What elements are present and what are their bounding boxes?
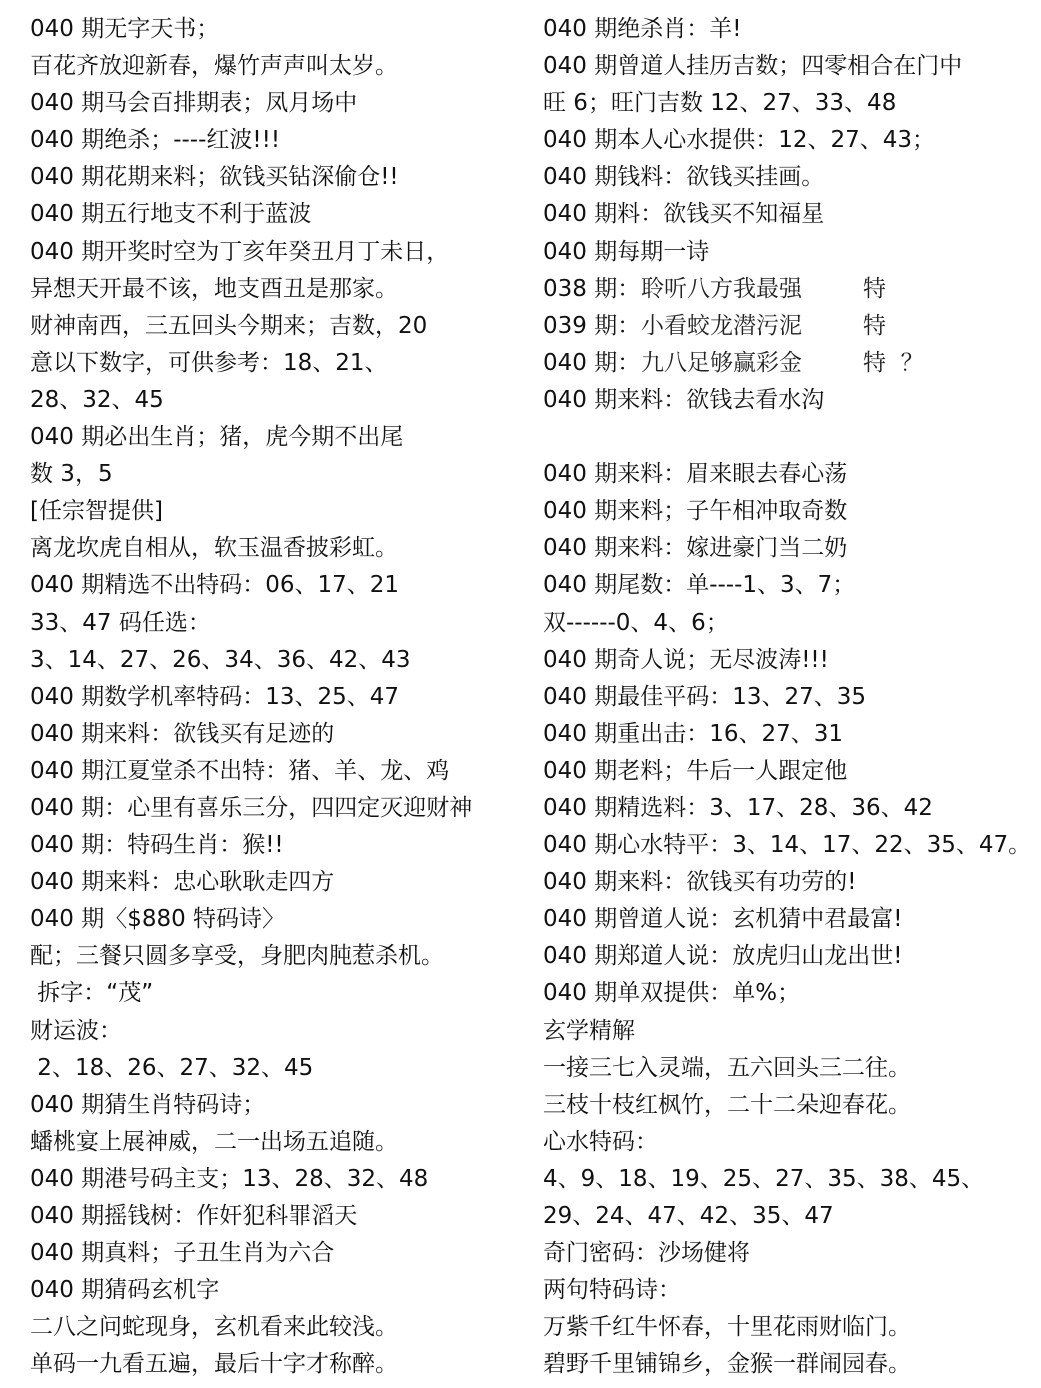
text-line: 财神南西，三五回头今期来；吉数，20 <box>30 308 510 345</box>
text-line: 040 期猜生肖特码诗； <box>30 1087 510 1124</box>
text-line: 040 期精选不出特码：06、17、21 <box>30 567 510 604</box>
text-line: 040 期〈$880 特码诗〉 <box>30 901 510 938</box>
poem-issue-label: 040 期： <box>543 345 641 382</box>
text-line: 蟠桃宴上展神威，二一出场五追随。 <box>30 1124 510 1161</box>
section-heading: 心水特码： <box>543 1124 1038 1161</box>
text-line: 040 期来料；子午相冲取奇数 <box>543 493 1038 530</box>
text-line: 040 期：心里有喜乐三分，四四定灭迎财神 <box>30 790 510 827</box>
text-line: 一接三七入灵端，五六回头三二往。 <box>543 1050 1038 1087</box>
poem-issue-label: 038 期： <box>543 271 641 308</box>
text-line: 040 期数学机率特码：13、25、47 <box>30 679 510 716</box>
text-line: 040 期摇钱树：作奸犯科罪滔天 <box>30 1198 510 1235</box>
text-line: 040 期钱料：欲钱买挂画。 <box>543 159 1038 196</box>
text-line: 29、24、47、42、35、47 <box>543 1198 1038 1235</box>
text-line: 040 期绝杀；----红波!!! <box>30 122 510 159</box>
text-line: 040 期开奖时空为丁亥年癸丑月丁未日， <box>30 234 510 271</box>
left-column: 040 期无字天书； 百花齐放迎新春，爆竹声声叫太岁。 040 期马会百排期表；… <box>30 11 510 1383</box>
text-line: 040 期花期来料；欲钱买钻深偷仓!! <box>30 159 510 196</box>
text-line: 040 期曾道人说：玄机猜中君最富! <box>543 901 1038 938</box>
text-line: 040 期江夏堂杀不出特：猪、羊、龙、鸡 <box>30 753 510 790</box>
text-line: 040 期料：欲钱买不知福星 <box>543 196 1038 233</box>
text-line: 碧野千里铺锦乡，金猴一群闹园春。 <box>543 1346 1038 1383</box>
text-line: 040 期曾道人挂历吉数；四零相合在门中 <box>543 48 1038 85</box>
text-line: 33、47 码任选： <box>30 605 510 642</box>
right-column: 040 期绝杀肖：羊! 040 期曾道人挂历吉数；四零相合在门中 旺 6；旺门吉… <box>543 11 1038 1383</box>
text-line: 040 期奇人说；无尽波涛!!! <box>543 642 1038 679</box>
text-line: 040 期来料：忠心耿耿走四方 <box>30 864 510 901</box>
text-line: 数 3，5 <box>30 456 510 493</box>
text-line: 2、18、26、27、32、45 <box>30 1050 510 1087</box>
text-line: 040 期马会百排期表；凤月场中 <box>30 85 510 122</box>
text-line: 040 期来料：嫁进豪门当二奶 <box>543 530 1038 567</box>
text-line: 3、14、27、26、34、36、42、43 <box>30 642 510 679</box>
text-line: 万紫千红牛怀春，十里花雨财临门。 <box>543 1309 1038 1346</box>
text-line: 040 期绝杀肖：羊! <box>543 11 1038 48</box>
text-line: 拆字：“茂” <box>30 975 510 1012</box>
text-line: 040 期必出生肖；猪，虎今期不出尾 <box>30 419 510 456</box>
text-line: 奇门密码：沙场健将 <box>543 1235 1038 1272</box>
text-line: 异想天开最不该，地支酉丑是那家。 <box>30 271 510 308</box>
text-line: 040 期五行地支不利于蓝波 <box>30 196 510 233</box>
text-line: 040 期心水特平：3、14、17、22、35、47。 <box>543 827 1038 864</box>
poem-tag: 特 ？ <box>863 345 924 382</box>
text-line: 旺 6；旺门吉数 12、27、33、48 <box>543 85 1038 122</box>
text-line: 040 期最佳平码：13、27、35 <box>543 679 1038 716</box>
text-line: 040 期郑道人说：放虎归山龙出世! <box>543 938 1038 975</box>
text-line: 4、9、18、19、25、27、35、38、45、 <box>543 1161 1038 1198</box>
poem-issue-label: 039 期： <box>543 308 641 345</box>
text-line: 040 期重出击：16、27、31 <box>543 716 1038 753</box>
section-heading: 两句特码诗： <box>543 1272 1038 1309</box>
text-line: 040 期尾数：单----1、3、7； <box>543 567 1038 604</box>
text-line: 配；三餐只圆多享受，身肥肉肫惹杀机。 <box>30 938 510 975</box>
text-line: 040 期每期一诗 <box>543 234 1038 271</box>
section-heading: 玄学精解 <box>543 1013 1038 1050</box>
text-line: 040 期真料；子丑生肖为六合 <box>30 1235 510 1272</box>
poem-row: 039 期： 小看蛟龙潜污泥 特 <box>543 308 1038 345</box>
text-line: 二八之问蛇现身，玄机看来此较浅。 <box>30 1309 510 1346</box>
text-line: 财运波： <box>30 1013 510 1050</box>
text-line: 040 期来料：眉来眼去春心荡 <box>543 456 1038 493</box>
poem-tag: 特 <box>863 308 886 345</box>
text-line: 040 期来料：欲钱买有足迹的 <box>30 716 510 753</box>
blank-line <box>543 419 1038 456</box>
text-line: 双------0、4、6； <box>543 605 1038 642</box>
poem-tag: 特 <box>863 271 886 308</box>
text-line: 040 期港号码主支；13、28、32、48 <box>30 1161 510 1198</box>
text-line: 三枝十枝红枫竹，二十二朵迎春花。 <box>543 1087 1038 1124</box>
text-line: 离龙坎虎自相从，软玉温香披彩虹。 <box>30 530 510 567</box>
poem-verse: 小看蛟龙潜污泥 <box>641 308 863 345</box>
text-line: [任宗智提供] <box>30 493 510 530</box>
poem-row: 040 期： 九八足够赢彩金 特 ？ <box>543 345 1038 382</box>
text-line: 040 期：特码生肖：猴!! <box>30 827 510 864</box>
poem-verse: 九八足够赢彩金 <box>641 345 863 382</box>
text-line: 百花齐放迎新春，爆竹声声叫太岁。 <box>30 48 510 85</box>
poem-row: 038 期： 聆听八方我最强 特 <box>543 271 1038 308</box>
text-line: 040 期来料：欲钱买有功劳的! <box>543 864 1038 901</box>
text-line: 意以下数字，可供参考：18、21、 <box>30 345 510 382</box>
text-line: 040 期本人心水提供：12、27、43； <box>543 122 1038 159</box>
text-line: 040 期猜码玄机字 <box>30 1272 510 1309</box>
text-line: 040 期老料；牛后一人跟定他 <box>543 753 1038 790</box>
text-line: 040 期无字天书； <box>30 11 510 48</box>
text-line: 040 期单双提供：单%； <box>543 975 1038 1012</box>
poem-verse: 聆听八方我最强 <box>641 271 863 308</box>
text-line: 040 期精选料：3、17、28、36、42 <box>543 790 1038 827</box>
text-line: 单码一九看五遍，最后十字才称醉。 <box>30 1346 510 1383</box>
text-line: 28、32、45 <box>30 382 510 419</box>
text-line: 040 期来料：欲钱去看水沟 <box>543 382 1038 419</box>
